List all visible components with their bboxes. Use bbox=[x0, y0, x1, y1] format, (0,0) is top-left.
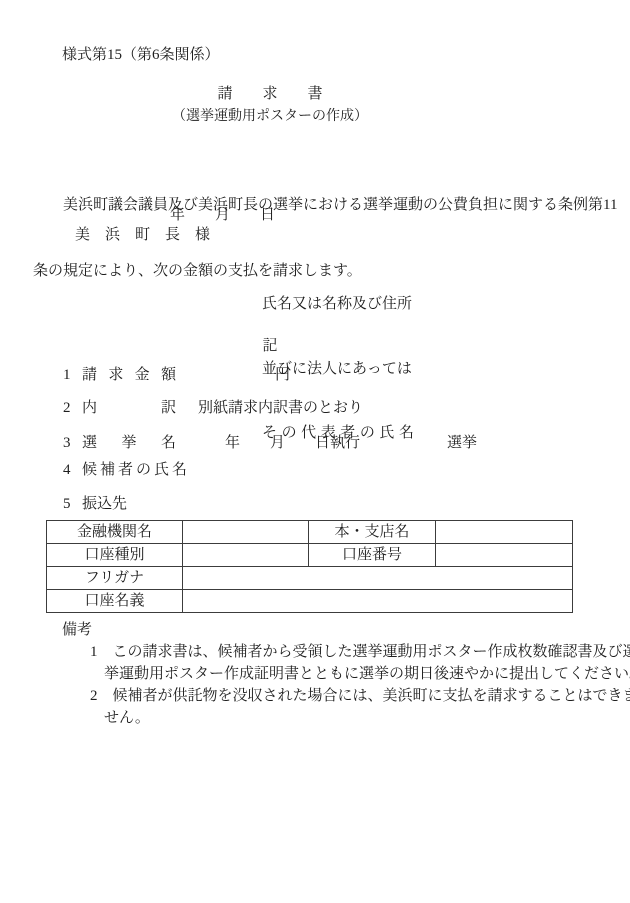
item-number: 2 bbox=[63, 400, 82, 416]
table-row-furigana: フリガナ bbox=[47, 567, 573, 590]
item-number: 1 bbox=[63, 367, 82, 383]
document-page: 様式第15（第6条関係） 請 求 書 （選挙運動用ポスターの作成） 美浜町議会議… bbox=[0, 0, 630, 903]
sender-line-1: 氏名又は名称及び住所 bbox=[262, 294, 414, 316]
document-title: 請 求 書 bbox=[0, 86, 540, 102]
election-date-text: 年 月 日執行 bbox=[225, 435, 360, 451]
yen-unit-label: 円 bbox=[275, 367, 290, 383]
election-name-label: 選挙名 bbox=[82, 435, 176, 451]
furigana-value-cell bbox=[183, 567, 573, 590]
candidate-name-label: 候補者の氏名 bbox=[82, 462, 190, 478]
item-row-breakdown: 2 内訳 別紙請求内訳書のとおり bbox=[63, 400, 363, 416]
bank-name-value-cell bbox=[183, 521, 309, 544]
bank-name-label: 金融機関名 bbox=[47, 521, 183, 544]
item-row-bank-transfer: 5 振込先 bbox=[63, 496, 127, 512]
remark-note-2-line-1: 2 候補者が供託物を没収された場合には、美浜町に支払を請求することはできま bbox=[90, 688, 630, 704]
breakdown-value: 別紙請求内訳書のとおり bbox=[198, 400, 363, 416]
account-number-label: 口座番号 bbox=[309, 544, 436, 567]
account-type-label: 口座種別 bbox=[47, 544, 183, 567]
furigana-label: フリガナ bbox=[47, 567, 183, 590]
body-paragraph-line-1: 美浜町議会議員及び美浜町長の選挙における選挙運動の公費負担に関する条例第11 bbox=[33, 194, 617, 216]
remark-note-1-line-1: 1 この請求書は、候補者から受領した選挙運動用ポスター作成枚数確認書及び選 bbox=[90, 644, 630, 660]
account-number-value-cell bbox=[436, 544, 573, 567]
section-marker-ki: 記 bbox=[0, 338, 540, 354]
table-row-bank: 金融機関名 本・支店名 bbox=[47, 521, 573, 544]
remark-note-1-line-2: 挙運動用ポスター作成証明書とともに選挙の期日後速やかに提出してください。 bbox=[104, 666, 630, 682]
table-row-account-type: 口座種別 口座番号 bbox=[47, 544, 573, 567]
form-number: 様式第15（第6条関係） bbox=[62, 47, 220, 63]
item-number: 4 bbox=[63, 462, 82, 478]
branch-name-value-cell bbox=[436, 521, 573, 544]
document-subtitle: （選挙運動用ポスターの作成） bbox=[0, 109, 540, 125]
branch-name-label: 本・支店名 bbox=[309, 521, 436, 544]
breakdown-label: 内訳 bbox=[82, 400, 176, 416]
account-holder-label: 口座名義 bbox=[47, 590, 183, 613]
election-suffix-label: 選挙 bbox=[447, 435, 477, 451]
claim-amount-label: 請求金額 bbox=[82, 367, 176, 383]
item-number: 5 bbox=[63, 496, 82, 512]
item-number: 3 bbox=[63, 435, 82, 451]
bank-transfer-label: 振込先 bbox=[82, 496, 127, 512]
item-row-candidate-name: 4 候補者の氏名 bbox=[63, 462, 190, 478]
account-type-value-cell bbox=[183, 544, 309, 567]
item-row-claim-amount: 1 請求金額 円 bbox=[63, 367, 290, 383]
date-line: 年 月 日 bbox=[170, 207, 275, 223]
remarks-heading: 備考 bbox=[62, 622, 92, 638]
addressee: 美 浜 町 長 様 bbox=[75, 227, 210, 243]
bank-transfer-table: 金融機関名 本・支店名 口座種別 口座番号 フリガナ 口座名義 bbox=[46, 520, 573, 613]
account-holder-value-cell bbox=[183, 590, 573, 613]
item-row-election-name: 3 選挙名 年 月 日執行 選挙 bbox=[63, 435, 477, 451]
remark-note-2-line-2: せん。 bbox=[104, 710, 150, 726]
table-row-account-holder: 口座名義 bbox=[47, 590, 573, 613]
